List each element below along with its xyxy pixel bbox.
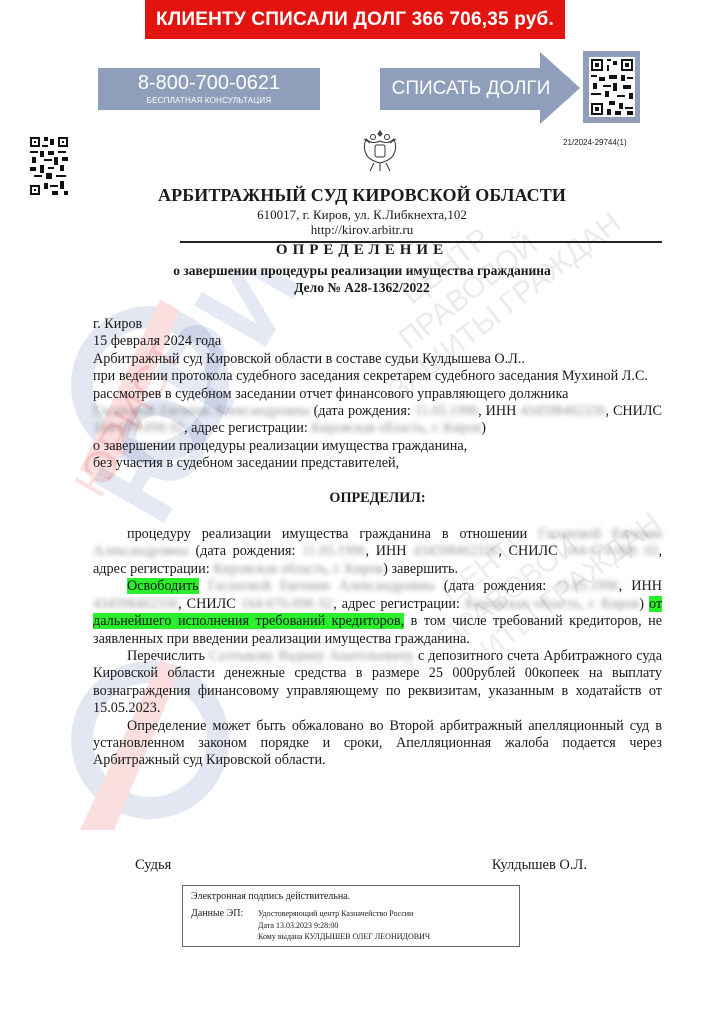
- redacted-birth-date: 11.05.1996: [302, 543, 365, 559]
- document-number: 21/2024-29744(1): [563, 138, 627, 147]
- paragraph-court: Арбитражный суд Кировской области в сост…: [93, 351, 662, 368]
- phone-button[interactable]: 8-800-700-0621 БЕСПЛАТНАЯ КОНСУЛЬТАЦИЯ: [98, 68, 320, 110]
- phone-caption: БЕСПЛАТНАЯ КОНСУЛЬТАЦИЯ: [98, 95, 320, 106]
- date: 15 февраля 2024 года: [93, 333, 662, 350]
- redacted-snils: 164-676-096 02: [93, 420, 184, 436]
- ruling-appeal: Определение может быть обжаловано во Вто…: [93, 718, 662, 770]
- ruling-transfer: Перечислить Салтыкову Вадиму Анатольевич…: [93, 648, 662, 718]
- signer-name: Кулдышев О.Л.: [492, 857, 587, 874]
- document-subject-block: о завершении процедуры реализации имущес…: [0, 262, 724, 296]
- court-name: АРБИТРАЖНЫЙ СУД КИРОВСКОЙ ОБЛАСТИ: [0, 185, 724, 206]
- cta-label: СПИСАТЬ ДОЛГИ: [380, 68, 562, 110]
- document-body: г. Киров 15 февраля 2024 года Арбитражны…: [93, 316, 662, 770]
- esign-valid: Электронная подпись действительна.: [191, 891, 350, 902]
- ruling-release: Освободить Гасановой Евгении Александров…: [93, 578, 662, 648]
- redacted-debtor-name: Гасановой Евгении Александровны: [93, 403, 310, 419]
- redacted-birth-date: 11.05.1996: [555, 578, 618, 594]
- write-off-debts-button[interactable]: СПИСАТЬ ДОЛГИ: [380, 52, 580, 124]
- court-address: 610017, г. Киров, ул. К.Либкнехта,102: [0, 207, 724, 222]
- redacted-address: Кировская область, г. Киров: [465, 596, 639, 612]
- redacted-inn: 434598462336: [520, 403, 605, 419]
- case-number: Дело № А28-1362/2022: [0, 279, 724, 296]
- esign-label: Данные ЭП:: [191, 908, 243, 919]
- coat-of-arms-icon: [356, 127, 404, 175]
- esign-details: Удостоверяющий центр Казначейство России…: [258, 908, 430, 943]
- document-type: ОПРЕДЕЛЕНИЕ: [0, 242, 724, 259]
- paragraph-secretary: при ведении протокола судебного заседани…: [93, 368, 662, 385]
- court-website[interactable]: http://kirov.arbitr.ru: [0, 222, 724, 237]
- paragraph-report-intro: рассмотрев в судебном заседании отчет фи…: [93, 386, 662, 403]
- signature-row: Судья Кулдышев О.Л.: [135, 857, 587, 874]
- document-subject: о завершении процедуры реализации имущес…: [0, 262, 724, 279]
- redacted-inn: 434598462336: [413, 543, 498, 559]
- redacted-address: Кировская область, г. Киров: [311, 420, 481, 436]
- redacted-inn: 434598462336: [93, 596, 178, 612]
- paragraph-without: без участия в судебном заседании предста…: [93, 455, 662, 472]
- decided-heading: ОПРЕДЕЛИЛ:: [93, 490, 662, 507]
- city: г. Киров: [93, 316, 662, 333]
- court-address-block: 610017, г. Киров, ул. К.Либкнехта,102 ht…: [0, 207, 724, 237]
- redacted-snils: 164-676-096 02: [241, 596, 334, 612]
- highlight-release: Освободить: [127, 578, 199, 594]
- signer-role: Судья: [135, 857, 171, 874]
- ruling-complete: процедуру реализации имущества гражданин…: [93, 526, 662, 578]
- promo-banner[interactable]: КЛИЕНТУ СПИСАЛИ ДОЛГ 366 706,35 руб.: [145, 0, 565, 39]
- redacted-snils: 164-676-096 02: [564, 543, 658, 559]
- redacted-birth-date: 11.05.1996: [415, 403, 478, 419]
- phone-number: 8-800-700-0621: [98, 71, 320, 95]
- paragraph-subject: о завершении процедуры реализации имущес…: [93, 438, 662, 455]
- qr-code-icon[interactable]: [589, 57, 635, 117]
- electronic-signature-box: Электронная подпись действительна. Данны…: [182, 885, 520, 947]
- paragraph-debtor-details: Гасановой Евгении Александровны (дата ро…: [93, 403, 662, 438]
- redacted-debtor-name: Гасановой Евгении Александровны: [208, 578, 435, 594]
- redacted-manager-name: Салтыкову Вадиму Анатольевичу: [209, 648, 414, 664]
- redacted-address: Кировская область, г. Киров: [213, 561, 383, 577]
